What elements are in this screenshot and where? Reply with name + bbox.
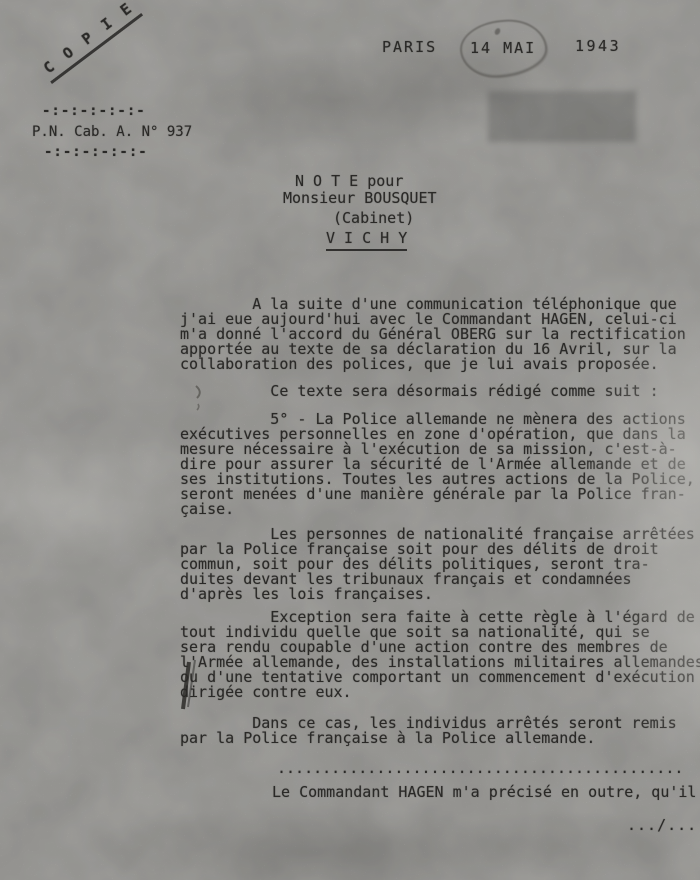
recipient-city: V I C H Y bbox=[326, 229, 407, 251]
recipient-name: Monsieur BOUSQUET bbox=[283, 189, 437, 207]
margin-tick-mark bbox=[188, 383, 208, 415]
margin-emphasis-mark bbox=[178, 658, 206, 714]
header-city: PARIS bbox=[382, 38, 437, 56]
paragraph-texte-intro: Ce texte sera désormais rédigé comme sui… bbox=[180, 384, 659, 399]
recipient-cabinet: (Cabinet) bbox=[333, 209, 414, 227]
continuation-mark: .../... bbox=[627, 818, 697, 833]
copie-stamp: C O P I E bbox=[38, 0, 144, 84]
paragraph-dans-ce-cas: Dans ce cas, les individus arrêtés seron… bbox=[180, 716, 677, 746]
scan-smudge-rectangle bbox=[488, 91, 636, 142]
note-heading: N O T E pour bbox=[295, 172, 403, 190]
date-circle-annotation bbox=[458, 16, 550, 80]
reference-separator-bottom: -:-:-:-:-:- bbox=[44, 144, 148, 160]
reference-separator-top: -:-:-:-:-:- bbox=[42, 103, 146, 119]
header-date-year: 1943 bbox=[575, 37, 621, 55]
dotted-separator: ........................................… bbox=[277, 761, 683, 776]
closing-line: Le Commandant HAGEN m'a précisé en outre… bbox=[272, 785, 696, 800]
paragraph-exception: Exception sera faite à cette règle à l'é… bbox=[180, 610, 700, 700]
paragraph-introduction: A la suite d'une communication téléphoni… bbox=[180, 297, 686, 372]
scanned-document-page: C O P I E PARIS 14 MAI 1943 -:-:-:-:-:- … bbox=[0, 0, 700, 880]
paragraph-personnes-francaises: Les personnes de nationalité française a… bbox=[180, 527, 695, 602]
reference-number: P.N. Cab. A. N° 937 bbox=[32, 124, 192, 140]
paragraph-clause-5: 5° - La Police allemande ne mènera des a… bbox=[180, 412, 695, 517]
